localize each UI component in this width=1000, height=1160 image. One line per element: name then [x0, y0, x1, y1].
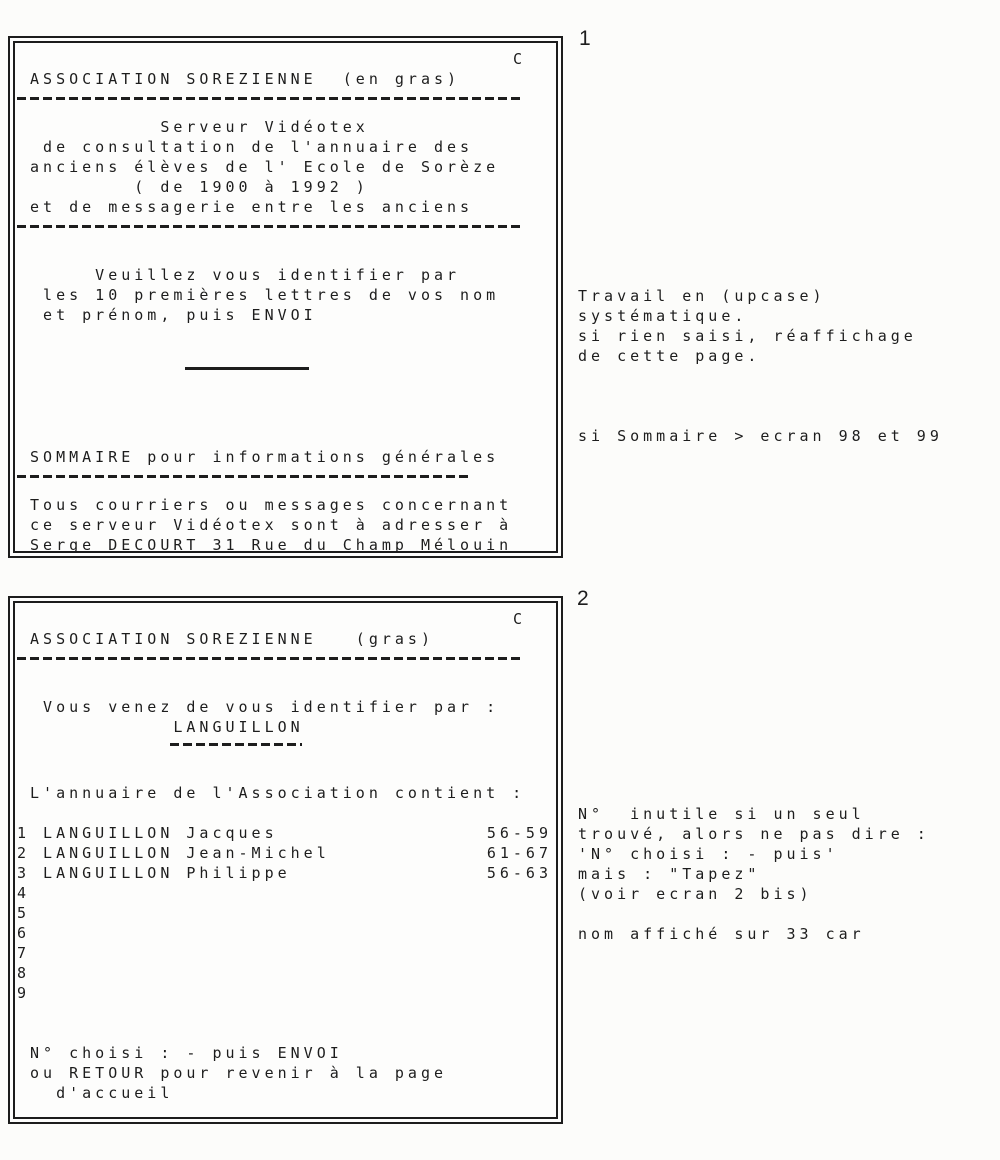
- screen1-intro-line: et de messagerie entre les anciens: [17, 197, 552, 217]
- screen1-intro-line: anciens élèves de l' Ecole de Sorèze: [17, 157, 552, 177]
- directory-row: 9: [17, 983, 552, 1003]
- screen1-identify-prompt: Veuillez vous identifier par: [17, 265, 552, 285]
- blank-line: [17, 387, 552, 407]
- directory-row-name: 1 LANGUILLON Jacques: [17, 823, 278, 843]
- dashed-separator: [17, 97, 552, 117]
- margin-note-line: mais : "Tapez": [578, 864, 930, 884]
- margin-note-numero: N° inutile si un seul trouvé, alors ne p…: [578, 804, 930, 904]
- videotex-screen-2-inner: C ASSOCIATION SOREZIENNE (gras) Vous ven…: [13, 601, 558, 1119]
- directory-row-name: 3 LANGUILLON Philippe: [17, 863, 291, 883]
- directory-row-years: 56-59: [487, 823, 552, 843]
- page-number-1: 1: [579, 27, 591, 51]
- screen1-sommaire-line: SOMMAIRE pour informations générales: [17, 447, 552, 467]
- page-number-2: 2: [577, 587, 589, 611]
- videotex-screen-1-box: C ASSOCIATION SOREZIENNE (en gras) Serve…: [8, 36, 563, 558]
- directory-row-name: 5: [17, 903, 30, 923]
- screen1-identify-prompt: et prénom, puis ENVOI: [17, 305, 552, 325]
- screen1-contact-line: Tous courriers ou messages concernant: [17, 495, 552, 515]
- clear-screen-code: C: [17, 49, 552, 69]
- directory-row: 2 LANGUILLON Jean-Michel 61-67: [17, 843, 552, 863]
- directory-row: 4: [17, 883, 552, 903]
- blank-line: [17, 1003, 552, 1023]
- name-input-underline: [17, 367, 552, 387]
- margin-note-line: nom affiché sur 33 car: [578, 924, 865, 944]
- screen1-intro-line: Serveur Vidéotex: [17, 117, 552, 137]
- directory-row-name: 4: [17, 883, 30, 903]
- margin-note-upcase: Travail en (upcase) systématique. si rie…: [578, 286, 917, 366]
- directory-row: 3 LANGUILLON Philippe 56-63: [17, 863, 552, 883]
- name-dashed-underline: [17, 743, 552, 763]
- directory-row-years: 56-63: [487, 863, 552, 883]
- clear-screen-code: C: [17, 609, 552, 629]
- screen2-choose-line: N° choisi : - puis ENVOI: [17, 1043, 552, 1063]
- screen1-intro-line: de consultation de l'annuaire des: [17, 137, 552, 157]
- blank-line: [17, 325, 552, 345]
- blank-line: [17, 1023, 552, 1043]
- blank-line: [17, 345, 552, 365]
- videotex-screen-2-box: C ASSOCIATION SOREZIENNE (gras) Vous ven…: [8, 596, 563, 1124]
- directory-row: 8: [17, 963, 552, 983]
- margin-note-line: systématique.: [578, 306, 917, 326]
- margin-note-line: Travail en (upcase): [578, 286, 917, 306]
- directory-row-name: 6: [17, 923, 30, 943]
- directory-row-name: 2 LANGUILLON Jean-Michel: [17, 843, 330, 863]
- margin-note-line: 'N° choisi : - puis': [578, 844, 930, 864]
- directory-row: 6: [17, 923, 552, 943]
- directory-row: 1 LANGUILLON Jacques 56-59: [17, 823, 552, 843]
- screen2-identified-name: LANGUILLON: [17, 717, 552, 737]
- margin-note-line: de cette page.: [578, 346, 917, 366]
- margin-note-sommaire: si Sommaire > ecran 98 et 99: [578, 426, 943, 446]
- margin-note-line: si Sommaire > ecran 98 et 99: [578, 426, 943, 446]
- margin-note-line: trouvé, alors ne pas dire :: [578, 824, 930, 844]
- directory-row-years: 61-67: [487, 843, 552, 863]
- dashed-separator: [17, 475, 552, 495]
- screen2-choose-line: d'accueil: [17, 1083, 552, 1103]
- videotex-screen-1-inner: C ASSOCIATION SOREZIENNE (en gras) Serve…: [13, 41, 558, 553]
- screen2-identified-label: Vous venez de vous identifier par :: [17, 697, 552, 717]
- blank-line: [17, 803, 552, 823]
- screen2-title: ASSOCIATION SOREZIENNE (gras): [17, 629, 552, 649]
- directory-row-name: 9: [17, 983, 30, 1003]
- margin-note-line: N° inutile si un seul: [578, 804, 930, 824]
- screen1-title: ASSOCIATION SOREZIENNE (en gras): [17, 69, 552, 89]
- blank-line: [17, 407, 552, 427]
- margin-note-line: si rien saisi, réaffichage: [578, 326, 917, 346]
- blank-line: [17, 427, 552, 447]
- directory-row-name: 7: [17, 943, 30, 963]
- dashed-separator: [17, 657, 552, 677]
- screen2-choose-line: ou RETOUR pour revenir à la page: [17, 1063, 552, 1083]
- margin-note-name-width: nom affiché sur 33 car: [578, 924, 865, 944]
- directory-row-name: 8: [17, 963, 30, 983]
- screen1-contact-line: ce serveur Vidéotex sont à adresser à: [17, 515, 552, 535]
- directory-row: 5: [17, 903, 552, 923]
- directory-row: 7: [17, 943, 552, 963]
- screen1-contact-line: Serge DECOURT 31 Rue du Champ Mélouin: [17, 535, 552, 553]
- dashed-separator: [17, 225, 552, 245]
- blank-line: [17, 677, 552, 697]
- screen1-intro-line: ( de 1900 à 1992 ): [17, 177, 552, 197]
- blank-line: [17, 763, 552, 783]
- margin-note-line: (voir ecran 2 bis): [578, 884, 930, 904]
- screen1-identify-prompt: les 10 premières lettres de vos nom: [17, 285, 552, 305]
- screen2-directory-label: L'annuaire de l'Association contient :: [17, 783, 552, 803]
- blank-line: [17, 245, 552, 265]
